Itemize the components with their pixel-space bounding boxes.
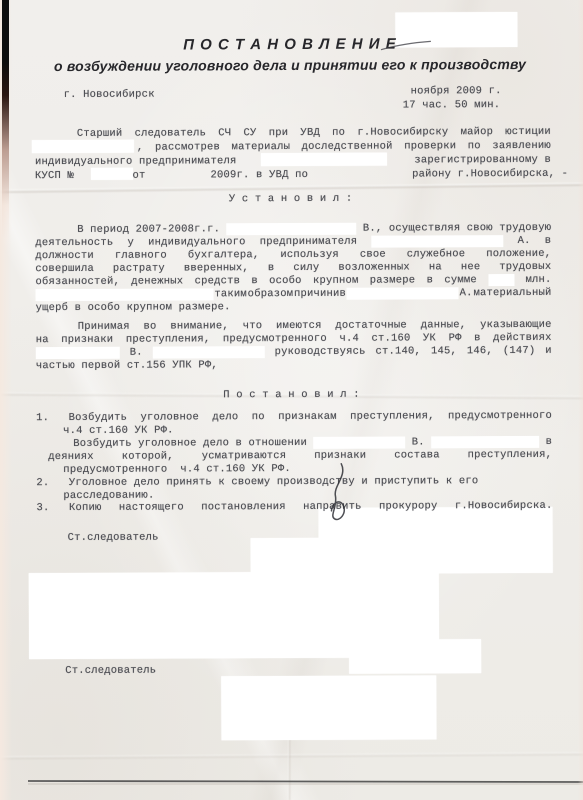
text-segment: совершила (35, 263, 94, 275)
text-line: Принимаявовнимание,чтоимеютсядостаточные… (78, 319, 552, 333)
text-line: частью первой ст.156 УПК РФ, (36, 359, 218, 372)
text-segment: средств (195, 275, 241, 287)
text-segment: материальный (473, 287, 551, 299)
text-segment: образом (248, 288, 294, 300)
text-segment: период (90, 224, 129, 236)
text-segment: ст.160 (371, 332, 410, 344)
text-segment: зарегистрированному в (414, 154, 551, 167)
text-segment: ст.140, (375, 345, 421, 357)
text-line: совершиларастратувверенных,всилувозложен… (35, 261, 551, 275)
text-segment: заявлению (492, 140, 551, 152)
text-segment: г.Новосибирску (357, 126, 448, 138)
text-segment: СЧ (218, 127, 231, 139)
redaction-block (32, 140, 134, 153)
text-line: 1. Возбудитьуголовноеделопопризнакампрес… (36, 410, 552, 424)
section-heading-resolved: П о с т а н о в и л : (0, 388, 583, 403)
text-line: СтаршийследовательСЧСУприУВДпог.Новосиби… (77, 126, 551, 140)
text-segment: по (332, 127, 345, 139)
text-line: предусмотренного ч.4 ст.160 УК РФ. (63, 463, 291, 476)
text-segment: в (545, 235, 552, 247)
text-segment: направить (303, 501, 362, 513)
text-segment: осуществляя (389, 222, 461, 234)
text-segment: г.Новосибирска. (455, 500, 553, 512)
text-segment: майор (461, 126, 494, 138)
text-segment: особо (269, 275, 302, 287)
text-line: Впериод2007-2008г.г.В.,осуществляясвоютр… (77, 222, 551, 236)
body-text-layer: СтаршийследовательСЧСУприУВДпог.Новосиби… (0, 0, 581, 1)
text-segment: указывающие (480, 319, 552, 331)
text-segment: 1. Возбудить (36, 412, 127, 424)
text-segment: индивидуального (148, 236, 246, 248)
text-segment: размере (370, 274, 416, 286)
text-segment: в (427, 274, 434, 286)
text-segment: бухгалтера, (188, 249, 260, 261)
text-segment: Возбудить (73, 438, 132, 450)
redaction-block (226, 223, 356, 236)
text-segment: денежных (131, 275, 183, 287)
text-line: должностиглавногобухгалтера,используясво… (35, 248, 551, 262)
text-line: КУСП № от 2009г. в УВД по району г.Новос… (35, 168, 568, 182)
scanned-document-page: П О С Т А Н О В Л Е Н И Е о возбуждении … (0, 0, 583, 800)
text-segment: УК (423, 332, 436, 344)
text-segment: на (36, 334, 49, 346)
text-line: В.руководствуясьст.140,145,146,(147)и (36, 345, 552, 359)
text-segment: внимание, (170, 320, 229, 332)
text-segment: РФ (449, 332, 462, 344)
text-segment: усматриваются (202, 450, 287, 462)
text-segment: СУ (243, 127, 256, 139)
text-segment: обязанностей, (35, 276, 120, 288)
text-segment: прокурору (379, 500, 438, 512)
text-segment: дело (212, 411, 238, 423)
text-segment: проверки (404, 140, 456, 152)
text-segment: которой, (122, 451, 174, 463)
text-line: ВозбудитьуголовноеделовотношенииВ.в (73, 436, 552, 450)
text-segment: свою (467, 222, 493, 234)
text-segment: признаки (61, 334, 113, 346)
time-line: 17 час. 50 мин. (403, 99, 501, 111)
text-segment: преступления, (350, 410, 435, 422)
text-segment: на (429, 261, 442, 273)
place-line: г. Новосибирск (64, 89, 155, 101)
text-segment: предпринимателя (260, 236, 358, 248)
text-segment: признаки (314, 450, 366, 462)
text-segment: используя (280, 249, 339, 261)
redaction-block (251, 538, 373, 575)
redaction-block (36, 347, 120, 359)
text-segment: действиях (493, 332, 552, 344)
text-segment: А. (518, 235, 531, 247)
text-segment: трудовую (499, 222, 551, 234)
text-segment: ч.4 (339, 333, 359, 345)
text-segment: 146, (467, 345, 493, 357)
scanner-edge-right (578, 0, 583, 800)
text-segment: дело (203, 437, 229, 449)
text-segment: таким (214, 288, 247, 300)
text-segment: В (77, 224, 84, 236)
text-segment: преступления, (126, 333, 211, 345)
text-line: индивидуального предпринимателязарегистр… (35, 154, 551, 168)
text-segment: А. (460, 287, 473, 299)
text-segment: свое (360, 249, 386, 261)
text-segment: УВД (300, 127, 320, 139)
text-segment: В., (363, 223, 383, 235)
redaction-block (36, 288, 214, 301)
signature-title-2: Ст.следователь (65, 665, 156, 677)
text-segment: деяниях (48, 451, 94, 463)
text-segment: признакам (278, 411, 337, 423)
doc-subtitle: о возбуждении уголовного дела и принятии… (0, 56, 582, 75)
text-line: ч.4 ст.160 УК РФ. (63, 425, 174, 437)
redaction-block (349, 639, 481, 674)
text-segment: В. (412, 436, 425, 448)
text-segment: (147) (503, 345, 536, 357)
text-segment: силу (293, 262, 319, 274)
redaction-block (347, 287, 459, 299)
text-line: деянияхкоторой,усматриваютсяпризнакисост… (48, 449, 552, 463)
text-line: ущерб в особо крупном размере. (36, 301, 231, 314)
text-segment: возложенных (338, 261, 410, 273)
redaction-block (488, 274, 514, 286)
text-segment: уголовное (140, 411, 199, 423)
text-segment: при (269, 127, 289, 139)
redaction-block (153, 346, 265, 358)
text-segment: в (235, 437, 242, 449)
text-segment: Старший (77, 128, 123, 140)
text-segment: 145, (431, 345, 457, 357)
text-segment: по (468, 140, 481, 152)
text-segment: предусмотренного (448, 410, 552, 422)
text-segment: у (127, 237, 134, 249)
text-segment: настоящего (119, 501, 184, 513)
text-line: 2. Уголовное дело принять к своему произ… (36, 475, 478, 489)
text-segment: по (252, 411, 265, 423)
document-content: П О С Т А Н О В Л Е Н И Е о возбуждении … (0, 0, 583, 800)
text-segment: растрату (113, 263, 165, 275)
text-segment: 3. Копию (36, 502, 101, 514)
text-line: расследованию. (63, 490, 154, 502)
redaction-block (313, 437, 405, 449)
text-segment: Принимая (78, 321, 130, 333)
text-segment: в (474, 332, 481, 344)
text-segment: отношении (248, 437, 307, 449)
text-segment: во (143, 321, 156, 333)
text-segment: материалы (232, 141, 291, 153)
text-segment: нее (461, 261, 481, 273)
text-line: обязанностей,денежныхсредстввособокрупно… (35, 274, 551, 288)
text-segment: сумме (444, 274, 477, 286)
text-segment: доследственной (302, 141, 393, 153)
text-segment: млн. (525, 274, 551, 286)
text-segment: достаточные (335, 319, 407, 331)
redaction-layer (0, 0, 581, 1)
text-line: напризнакипреступления,предусмотренногоч… (36, 332, 552, 346)
text-segment: преступления, (468, 449, 553, 461)
text-segment: должности (35, 250, 94, 262)
text-segment: в (268, 262, 275, 274)
text-line: деятельностьуиндивидуальногопредпринимат… (35, 235, 551, 249)
text-line: ,рассмотревматериалыдоследственнойпровер… (137, 140, 551, 154)
text-segment: положение, (486, 248, 551, 260)
text-line: 3. Копиюнастоящегопостановлениянаправить… (36, 500, 552, 514)
signature-title-1: Ст.следователь (68, 532, 159, 544)
text-segment: и (545, 345, 552, 357)
text-segment: индивидуального предпринимателя (35, 155, 237, 168)
text-segment: деятельность (35, 237, 113, 249)
redaction-block (431, 436, 539, 448)
text-segment: предусмотренного (223, 333, 327, 345)
text-segment: что (243, 320, 263, 332)
scanner-edge-shadow (2, 0, 9, 240)
text-segment: В. (130, 347, 143, 359)
text-segment: следователь (135, 127, 207, 139)
doc-title: П О С Т А Н О В Л Е Н И Е (0, 35, 581, 55)
date-line: ноября 2009 г. (411, 85, 502, 97)
text-segment: постановления (201, 501, 286, 513)
text-segment: причинив (294, 288, 346, 300)
redaction-block (221, 675, 436, 740)
text-segment: имеются (276, 320, 322, 332)
text-segment: в (251, 275, 258, 287)
text-segment: состава (394, 449, 440, 461)
text-segment: юстиции (505, 126, 551, 138)
text-segment: трудовых (499, 261, 551, 273)
text-segment: уголовное (138, 437, 197, 449)
text-segment: данные, (421, 319, 467, 331)
text-segment: рассмотрев (155, 141, 220, 153)
text-segment: вверенных, (184, 262, 249, 274)
text-segment: 2007-2008г.г. (136, 223, 221, 235)
text-segment: служебное (407, 248, 466, 260)
section-heading-established: У с т а н о в и л : (0, 192, 582, 207)
text-segment: в (546, 436, 553, 448)
text-segment: главного (115, 250, 167, 262)
text-segment: крупном (313, 275, 359, 287)
text-segment: , (137, 142, 144, 154)
text-segment: руководствуясь (275, 346, 366, 358)
text-line: такимобразомпричинивА.материальный (36, 287, 552, 301)
redaction-block (371, 235, 503, 248)
